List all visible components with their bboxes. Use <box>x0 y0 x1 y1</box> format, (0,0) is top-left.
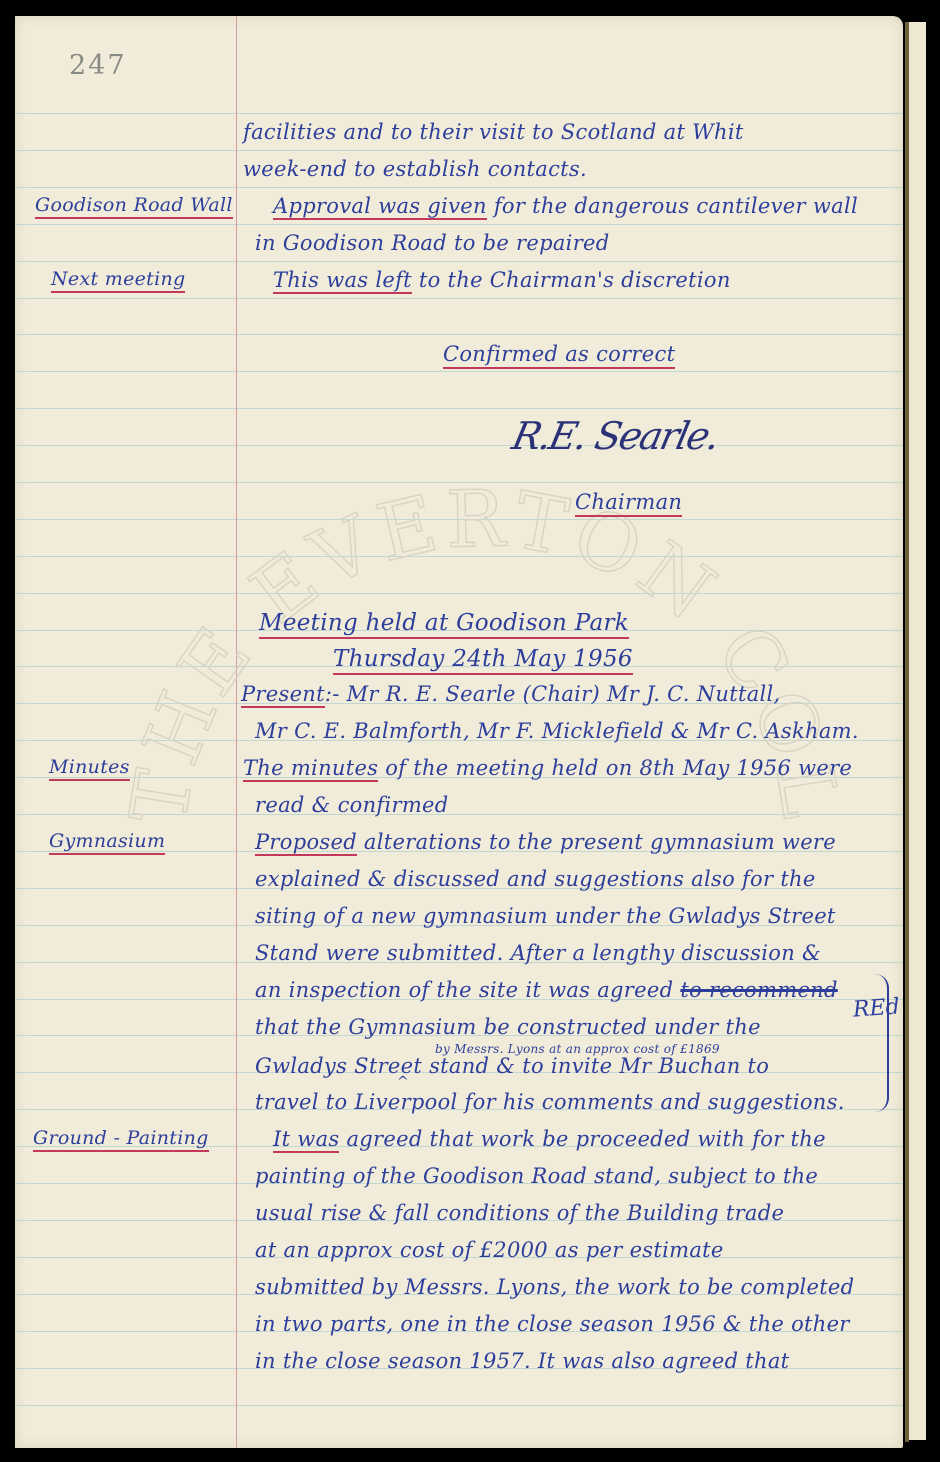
carryover-line-2: week-end to establish contacts. <box>243 157 587 181</box>
margin-heading-gymnasium: Gymnasium <box>49 830 165 855</box>
margin-heading-minutes: Minutes <box>49 756 130 781</box>
margin-heading-goodison-road-wall: Goodison Road Wall <box>35 194 233 219</box>
next-page-edge <box>909 22 926 1440</box>
paragraph-lead: This was left <box>273 268 412 294</box>
ruled-line <box>15 556 903 557</box>
ruled-line <box>15 445 903 446</box>
paragraph-lead: Proposed <box>255 830 357 856</box>
paragraph-ground-painting: It was agreed that work be proceeded wit… <box>273 1127 826 1151</box>
ruled-line <box>15 298 903 299</box>
struck-text: to recommend <box>680 978 837 1002</box>
chairman-title: Chairman <box>575 490 682 517</box>
margin-initials: REd <box>852 994 900 1022</box>
ruled-line <box>15 261 903 262</box>
meeting-date: Thursday 24th May 1956 <box>333 646 633 675</box>
caret-insertion-mark: ^ <box>397 1074 409 1090</box>
paragraph-line: submitted by Messrs. Lyons, the work to … <box>255 1275 854 1299</box>
paragraph-gymnasium: Proposed alterations to the present gymn… <box>255 830 836 854</box>
paragraph-line: an inspection of the site it was agreed … <box>255 978 838 1002</box>
paragraph-line: usual rise & fall conditions of the Buil… <box>255 1201 784 1225</box>
present-label: Present <box>241 682 325 708</box>
margin-line <box>236 16 237 1448</box>
paragraph-lead: Approval was given <box>273 194 487 220</box>
ruled-line <box>15 1405 903 1406</box>
paragraph-goodison-road-wall: Approval was given for the dangerous can… <box>273 194 858 218</box>
paragraph-line-text: an inspection of the site it was agreed <box>255 978 673 1002</box>
chairman-signature: R.E. Searle. <box>508 414 722 458</box>
meeting-title: Meeting held at Goodison Park <box>259 610 629 639</box>
paragraph-text: for the dangerous cantilever wall <box>487 194 858 218</box>
paragraph-text: agreed that work be proceeded with for t… <box>339 1127 825 1151</box>
present-names-1: :- Mr R. E. Searle (Chair) Mr J. C. Nutt… <box>325 682 781 706</box>
paragraph-lead: It was <box>273 1127 339 1153</box>
paragraph-minutes: The minutes of the meeting held on 8th M… <box>243 756 852 780</box>
ruled-line <box>15 482 903 483</box>
ruled-line <box>15 593 903 594</box>
confirmed-as-correct: Confirmed as correct <box>443 342 675 369</box>
paragraph-line: travel to Liverpool for his comments and… <box>255 1090 845 1114</box>
carryover-line-1: facilities and to their visit to Scotlan… <box>243 120 744 144</box>
paragraph-text: to the Chairman's discretion <box>412 268 731 292</box>
ruled-line <box>15 113 903 114</box>
present-line-2: Mr C. E. Balmforth, Mr F. Micklefield & … <box>255 719 859 743</box>
paragraph-line: in Goodison Road to be repaired <box>255 231 610 255</box>
margin-heading-ground-painting: Ground - Painting <box>33 1127 209 1152</box>
paragraph-lead: The minutes <box>243 756 378 782</box>
ledger-page: 247 THE EVERTON COLLECTION CHARITABLE TR… <box>15 16 903 1448</box>
ruled-line <box>15 519 903 520</box>
paragraph-text: alterations to the present gymnasium wer… <box>357 830 836 854</box>
ruled-line <box>15 371 903 372</box>
paragraph-next-meeting: This was left to the Chairman's discreti… <box>273 268 731 292</box>
margin-heading-next-meeting: Next meeting <box>51 268 185 293</box>
paragraph-line: at an approx cost of £2000 as per estima… <box>255 1238 724 1262</box>
paragraph-line: Gwladys Street stand & to invite Mr Buch… <box>255 1054 769 1078</box>
paragraph-text: of the meeting held on 8th May 1956 were <box>378 756 852 780</box>
page-number: 247 <box>69 50 127 81</box>
ruled-line <box>15 150 903 151</box>
paragraph-line: that the Gymnasium be constructed under … <box>255 1015 761 1039</box>
paragraph-line: explained & discussed and suggestions al… <box>255 867 816 891</box>
paragraph-line: in two parts, one in the close season 19… <box>255 1312 850 1336</box>
ruled-line <box>15 224 903 225</box>
paragraph-line: Stand were submitted. After a lengthy di… <box>255 941 821 965</box>
paragraph-line: painting of the Goodison Road stand, sub… <box>255 1164 818 1188</box>
paragraph-line: in the close season 1957. It was also ag… <box>255 1349 789 1373</box>
paragraph-line: read & confirmed <box>255 793 449 817</box>
present-line-1: Present:- Mr R. E. Searle (Chair) Mr J. … <box>241 682 781 706</box>
ruled-line <box>15 187 903 188</box>
ruled-line <box>15 814 903 815</box>
paragraph-line: siting of a new gymnasium under the Gwla… <box>255 904 836 928</box>
ruled-line <box>15 408 903 409</box>
ruled-line <box>15 334 903 335</box>
